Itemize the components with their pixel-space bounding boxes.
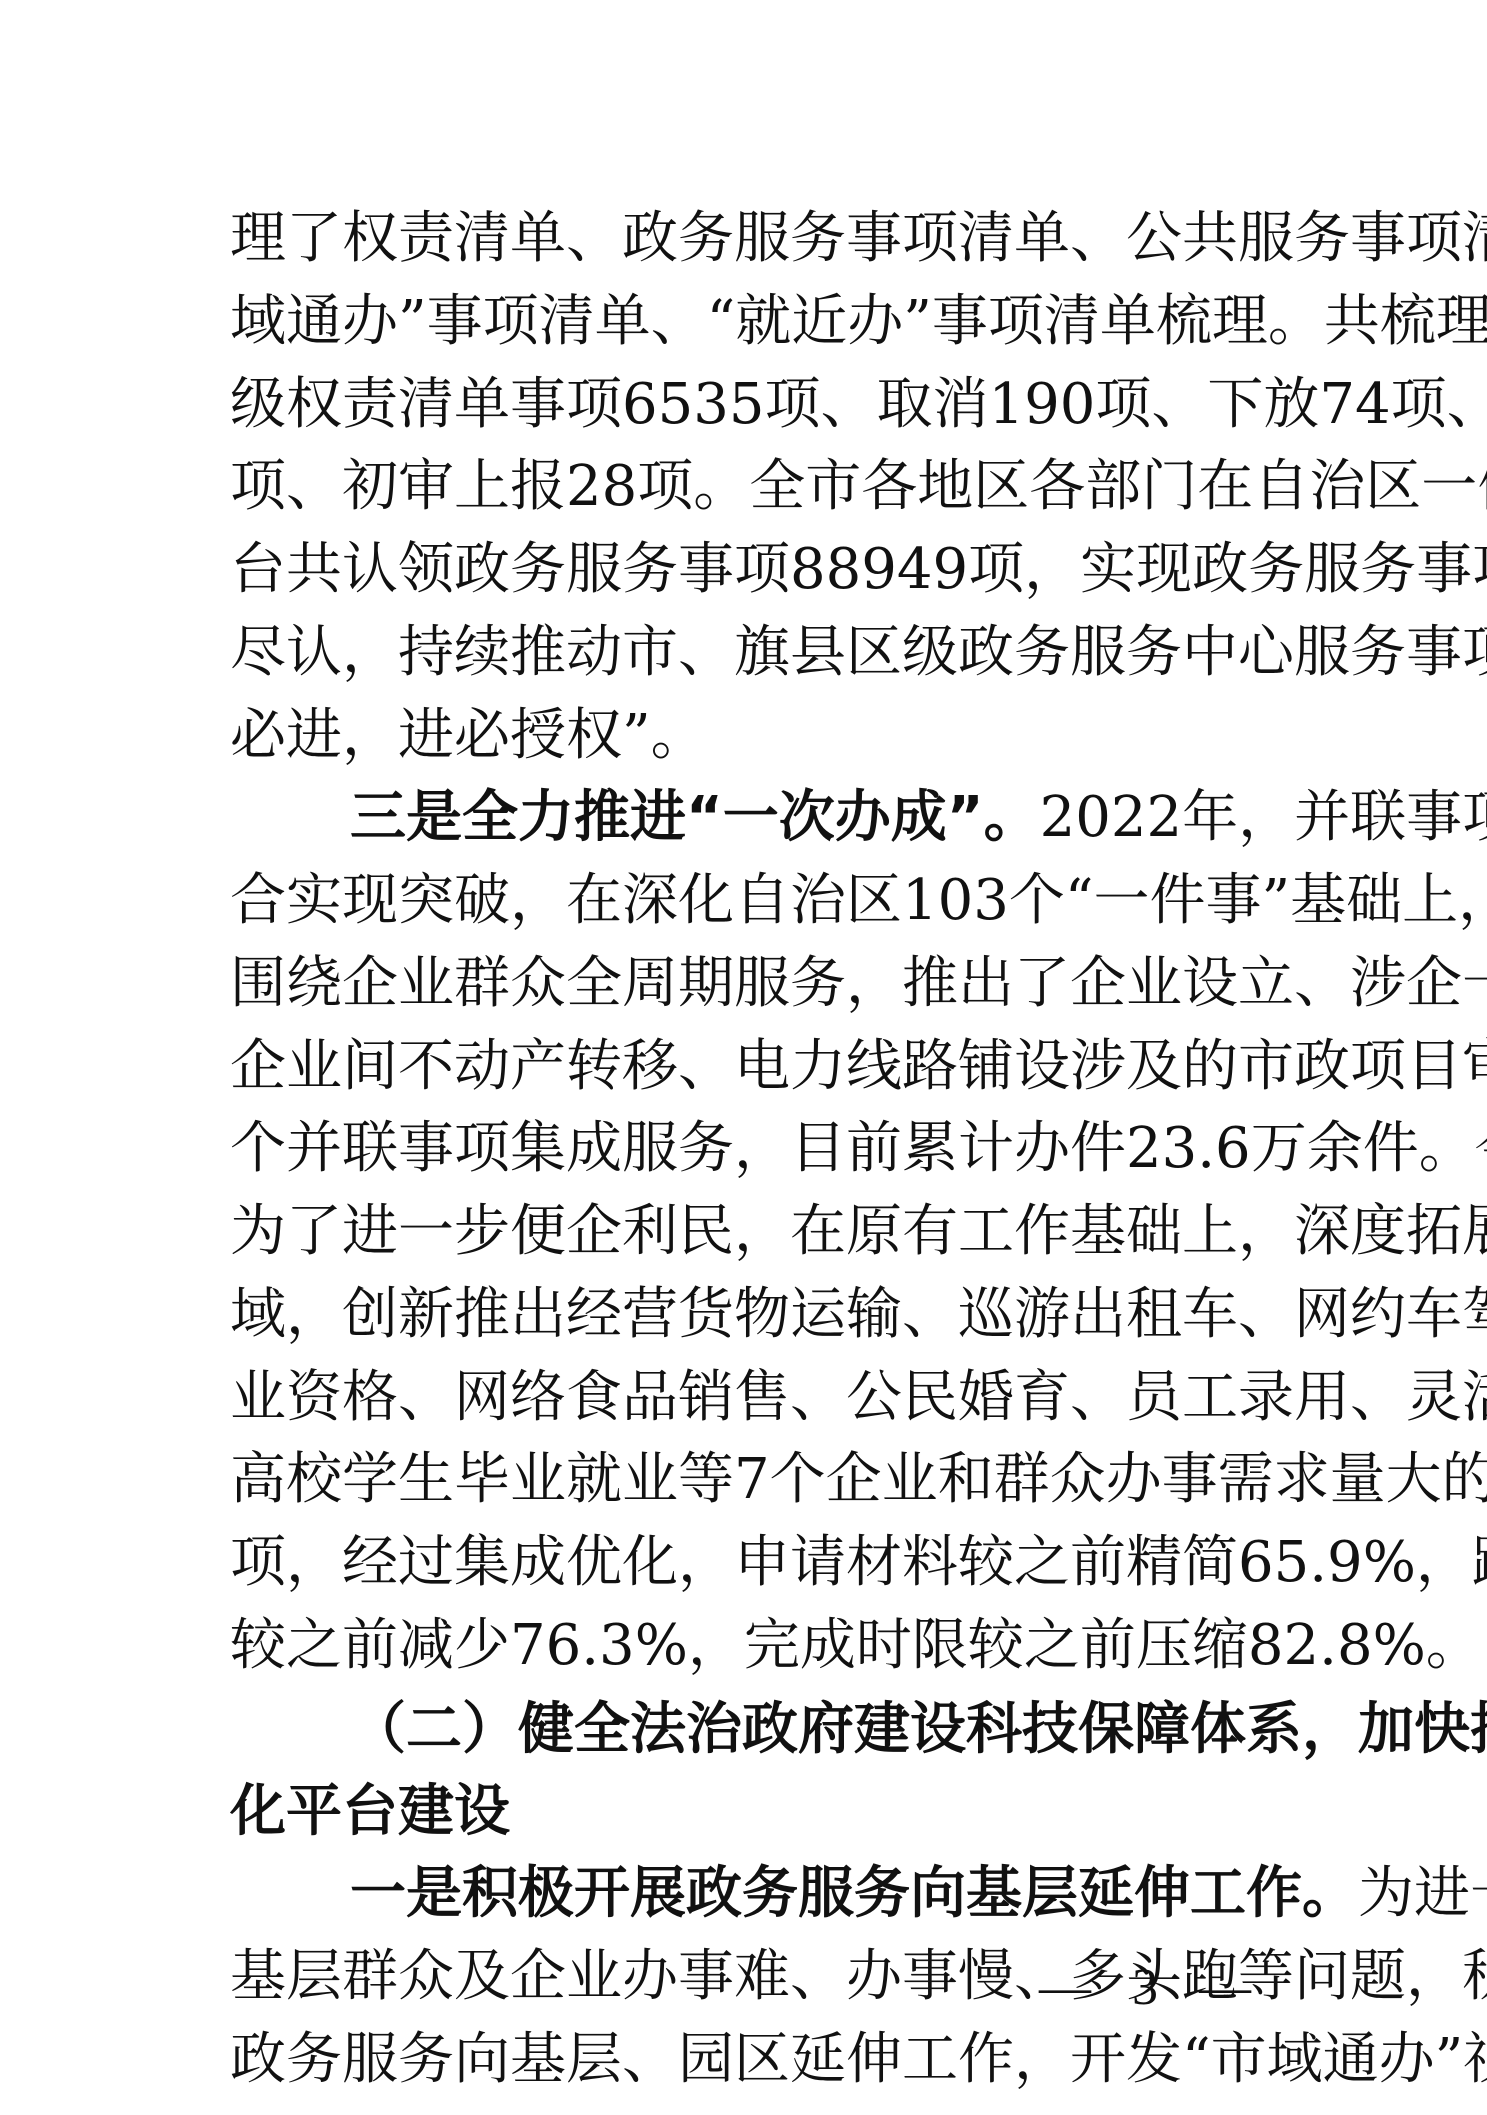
paragraph-first-line: 一是积极开展政务服务向基层延伸工作。为进一步解决 [230,1853,1266,1936]
text-line: 级权责清单事项6535项、取消190项、下放74项、新增180 [230,364,1266,447]
text-line: 域，创新推出经营货物运输、巡游出租车、网约车驾驶员从 [230,1274,1266,1357]
text-line: 理了权责清单、政务服务事项清单、公共服务事项清单、“市 [230,198,1266,281]
text-run: 为进一步解决 [1358,1861,1487,1926]
page-number: — 3 — [1039,1958,1265,2018]
text-line: 台共认领政务服务事项88949项，实现政务服务事项均应认 [230,529,1266,612]
text-line: 项，经过集成优化，申请材料较之前精简65.9%，跑动次数 [230,1522,1266,1605]
paragraph-first-line: 三是全力推进“一次办成”。2022年，并联事项集成整 [230,777,1266,860]
text-run: 2022年，并联事项集成整 [1040,785,1487,850]
section-heading-continued: 化平台建设 [230,1770,1266,1853]
text-line: 合实现突破，在深化自治区103个“一件事”基础上，重点 [230,860,1266,943]
text-line: 域通办”事项清单、“就近办”事项清单梳理。共梳理市本 [230,281,1266,364]
text-line: 较之前减少76.3%，完成时限较之前压缩82.8%。 [230,1605,1266,1688]
text-line: 个并联事项集成服务，目前累计办件23.6万余件。今年， [230,1108,1266,1191]
text-line: 项、初审上报28项。全市各地区各部门在自治区一体化平 [230,446,1266,529]
paragraph-lead-bold: 三是全力推进“一次办成”。 [350,785,1040,850]
section-heading: （二）健全法治政府建设科技保障体系，加快推进信息 [230,1688,1266,1771]
text-line: 政务服务向基层、园区延伸工作，开发“市域通办”视频辅 [230,2019,1266,2102]
text-line: 尽认，持续推动市、旗县区级政务服务中心服务事项“应进 [230,612,1266,695]
text-line: 为了进一步便企利民，在原有工作基础上，深度拓展服务领 [230,1191,1266,1274]
text-line: 企业间不动产转移、电力线路铺设涉及的市政项目审批等16 [230,1026,1266,1109]
text-line: 高校学生毕业就业等7个企业和群众办事需求量大的并联事 [230,1439,1266,1522]
paragraph-lead-bold: 一是积极开展政务服务向基层延伸工作。 [350,1861,1358,1926]
text-line: 业资格、网络食品销售、公民婚育、员工录用、灵活就业、 [230,1357,1266,1440]
text-line: 围绕企业群众全周期服务，推出了企业设立、涉企一照通办、 [230,943,1266,1026]
document-page: 理了权责清单、政务服务事项清单、公共服务事项清单、“市 域通办”事项清单、“就近… [230,198,1266,2101]
text-line: 必进，进必授权”。 [230,695,1266,778]
